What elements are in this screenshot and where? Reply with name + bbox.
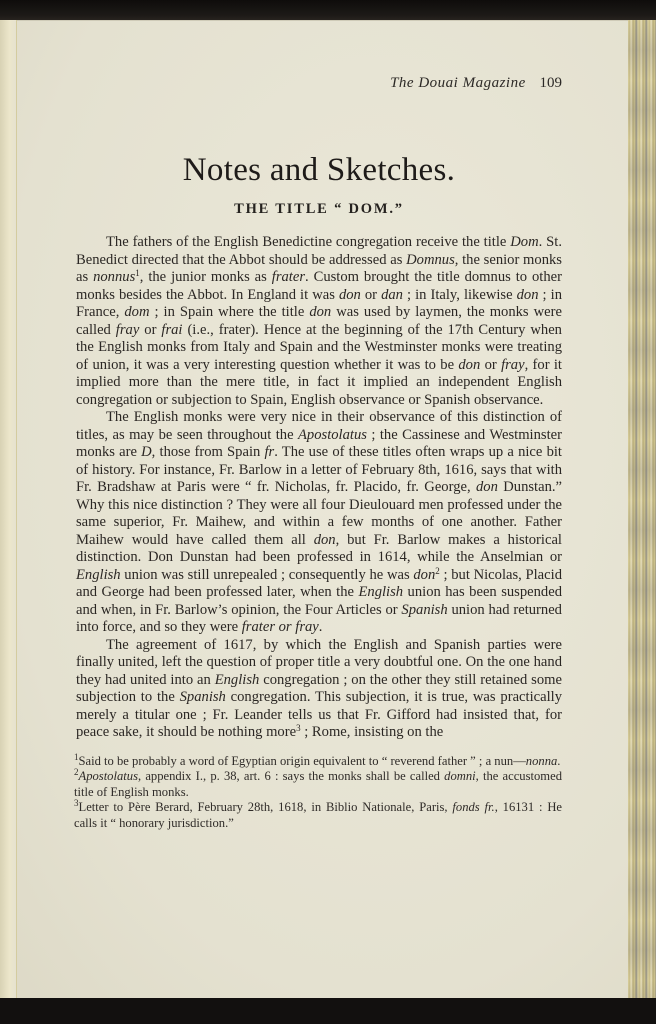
footnote-1: 1Said to be probably a word of Egyptian … [74,754,562,770]
scan-background-top [0,0,656,22]
italic-text: Spanish [180,689,226,705]
footnote-ref: 1 [135,268,140,278]
page-edges-stack [628,20,656,1000]
footnotes: 1Said to be probably a word of Egyptian … [74,754,562,832]
article-subtitle: THE TITLE “ DOM.” [76,200,562,218]
italic-text: fonds fr. [452,800,494,814]
italic-text: frater [272,269,305,285]
italic-text: dan [381,287,403,303]
paragraph: The English monks were very nice in thei… [76,409,562,637]
italic-text: don [458,357,480,373]
book-gutter [0,20,17,1000]
italic-text: nonnus [93,269,135,285]
italic-text: English [215,672,260,688]
italic-text: don [314,532,336,548]
italic-text: don [309,304,331,320]
publication-name: The Douai Magazine [390,75,526,91]
footnote-3: 3Letter to Père Berard, February 28th, 1… [74,800,562,831]
italic-text: fr [265,444,275,460]
italic-text: frater or fray [242,619,319,635]
italic-text: domni [444,769,475,783]
italic-text: fray [501,357,525,373]
page-content: The Douai Magazine 109 Notes and Sketche… [76,72,562,831]
italic-text: Spanish [401,602,447,618]
italic-text: don [339,287,361,303]
italic-text: dom [124,304,149,320]
article-body: The fathers of the English Benedictine c… [76,234,562,742]
running-head: The Douai Magazine 109 [76,72,562,94]
italic-text: Domnus [406,252,455,268]
italic-text: don [476,479,498,495]
paragraph: The fathers of the English Benedictine c… [76,234,562,409]
italic-text: frai [161,322,182,338]
italic-text: don [413,567,435,583]
italic-text: English [358,584,403,600]
italic-text: Dom [510,234,538,250]
footnote-ref: 3 [74,798,79,808]
article-title: Notes and Sketches. [76,150,562,190]
scan-background-bottom [0,998,656,1024]
italic-text: don [517,287,539,303]
page-number: 109 [540,75,563,91]
italic-text: English [76,567,121,583]
footnote-ref: 3 [296,723,301,733]
italic-text: Apostolatus [298,427,367,443]
italic-text: D [141,444,152,460]
footnote-ref: 2 [435,566,440,576]
italic-text: fray [116,322,140,338]
italic-text: nonna [526,754,557,768]
italic-text: Apostolatus [79,769,138,783]
footnote-2: 2Apostolatus, appendix I., p. 38, art. 6… [74,769,562,800]
footnote-ref: 1 [74,752,79,762]
paragraph: The agreement of 1617, by which the Engl… [76,637,562,742]
